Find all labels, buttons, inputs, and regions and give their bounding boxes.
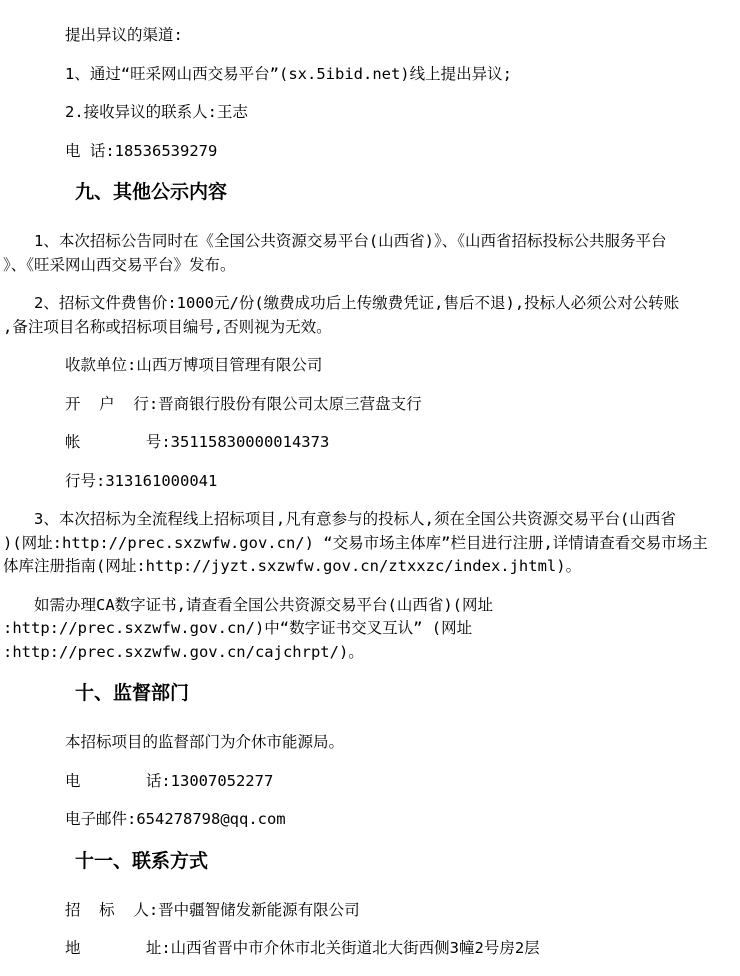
objection-phone-line: 电 话:18536539279 — [3, 140, 739, 164]
bidder-line: 招 标 人:晋中疆智储发新能源有限公司 — [3, 899, 739, 923]
document-page: 提出异议的渠道: 1、通过“旺采网山西交易平台”(sx.5ibid.net)线上… — [0, 0, 740, 976]
online-register-paragraph: 3、本次招标为全流程线上招标项目,凡有意参与的投标人,须在全国公共资源交易平台(… — [3, 508, 739, 579]
address-line: 地 址:山西省晋中市介休市北关街道北大街西侧3幢2号房2层 — [3, 937, 739, 961]
supervisor-phone-line: 电 话:13007052277 — [3, 770, 739, 794]
section-eleven-heading: 十一、联系方式 — [75, 847, 740, 875]
section-ten-heading: 十、监督部门 — [75, 679, 740, 707]
section-nine-heading: 九、其他公示内容 — [75, 178, 740, 206]
objection-contact-line: 2.接收异议的联系人:王志 — [3, 101, 739, 125]
objection-item1-line: 1、通过“旺采网山西交易平台”(sx.5ibid.net)线上提出异议; — [3, 63, 739, 87]
supervisor-email-line: 电子邮件:654278798@qq.com — [3, 808, 739, 832]
bank-code-line: 行号:313161000041 — [3, 470, 739, 494]
payee-line: 收款单位:山西万博项目管理有限公司 — [3, 354, 739, 378]
account-number-line: 帐 号:35115830000014373 — [3, 431, 739, 455]
document-fee-paragraph: 2、招标文件费售价:1000元/份(缴费成功后上传缴费凭证,售后不退),投标人必… — [3, 292, 739, 339]
supervisor-line: 本招标项目的监督部门为介休市能源局。 — [3, 731, 739, 755]
objection-channel-line: 提出异议的渠道: — [3, 24, 739, 48]
publish-platforms-paragraph: 1、本次招标公告同时在《全国公共资源交易平台(山西省)》、《山西省招标投标公共服… — [3, 230, 739, 277]
ca-certificate-paragraph: 如需办理CA数字证书,请查看全国公共资源交易平台(山西省)(网址 :http:/… — [3, 594, 739, 665]
bank-name-line: 开 户 行:晋商银行股份有限公司太原三营盘支行 — [3, 393, 739, 417]
